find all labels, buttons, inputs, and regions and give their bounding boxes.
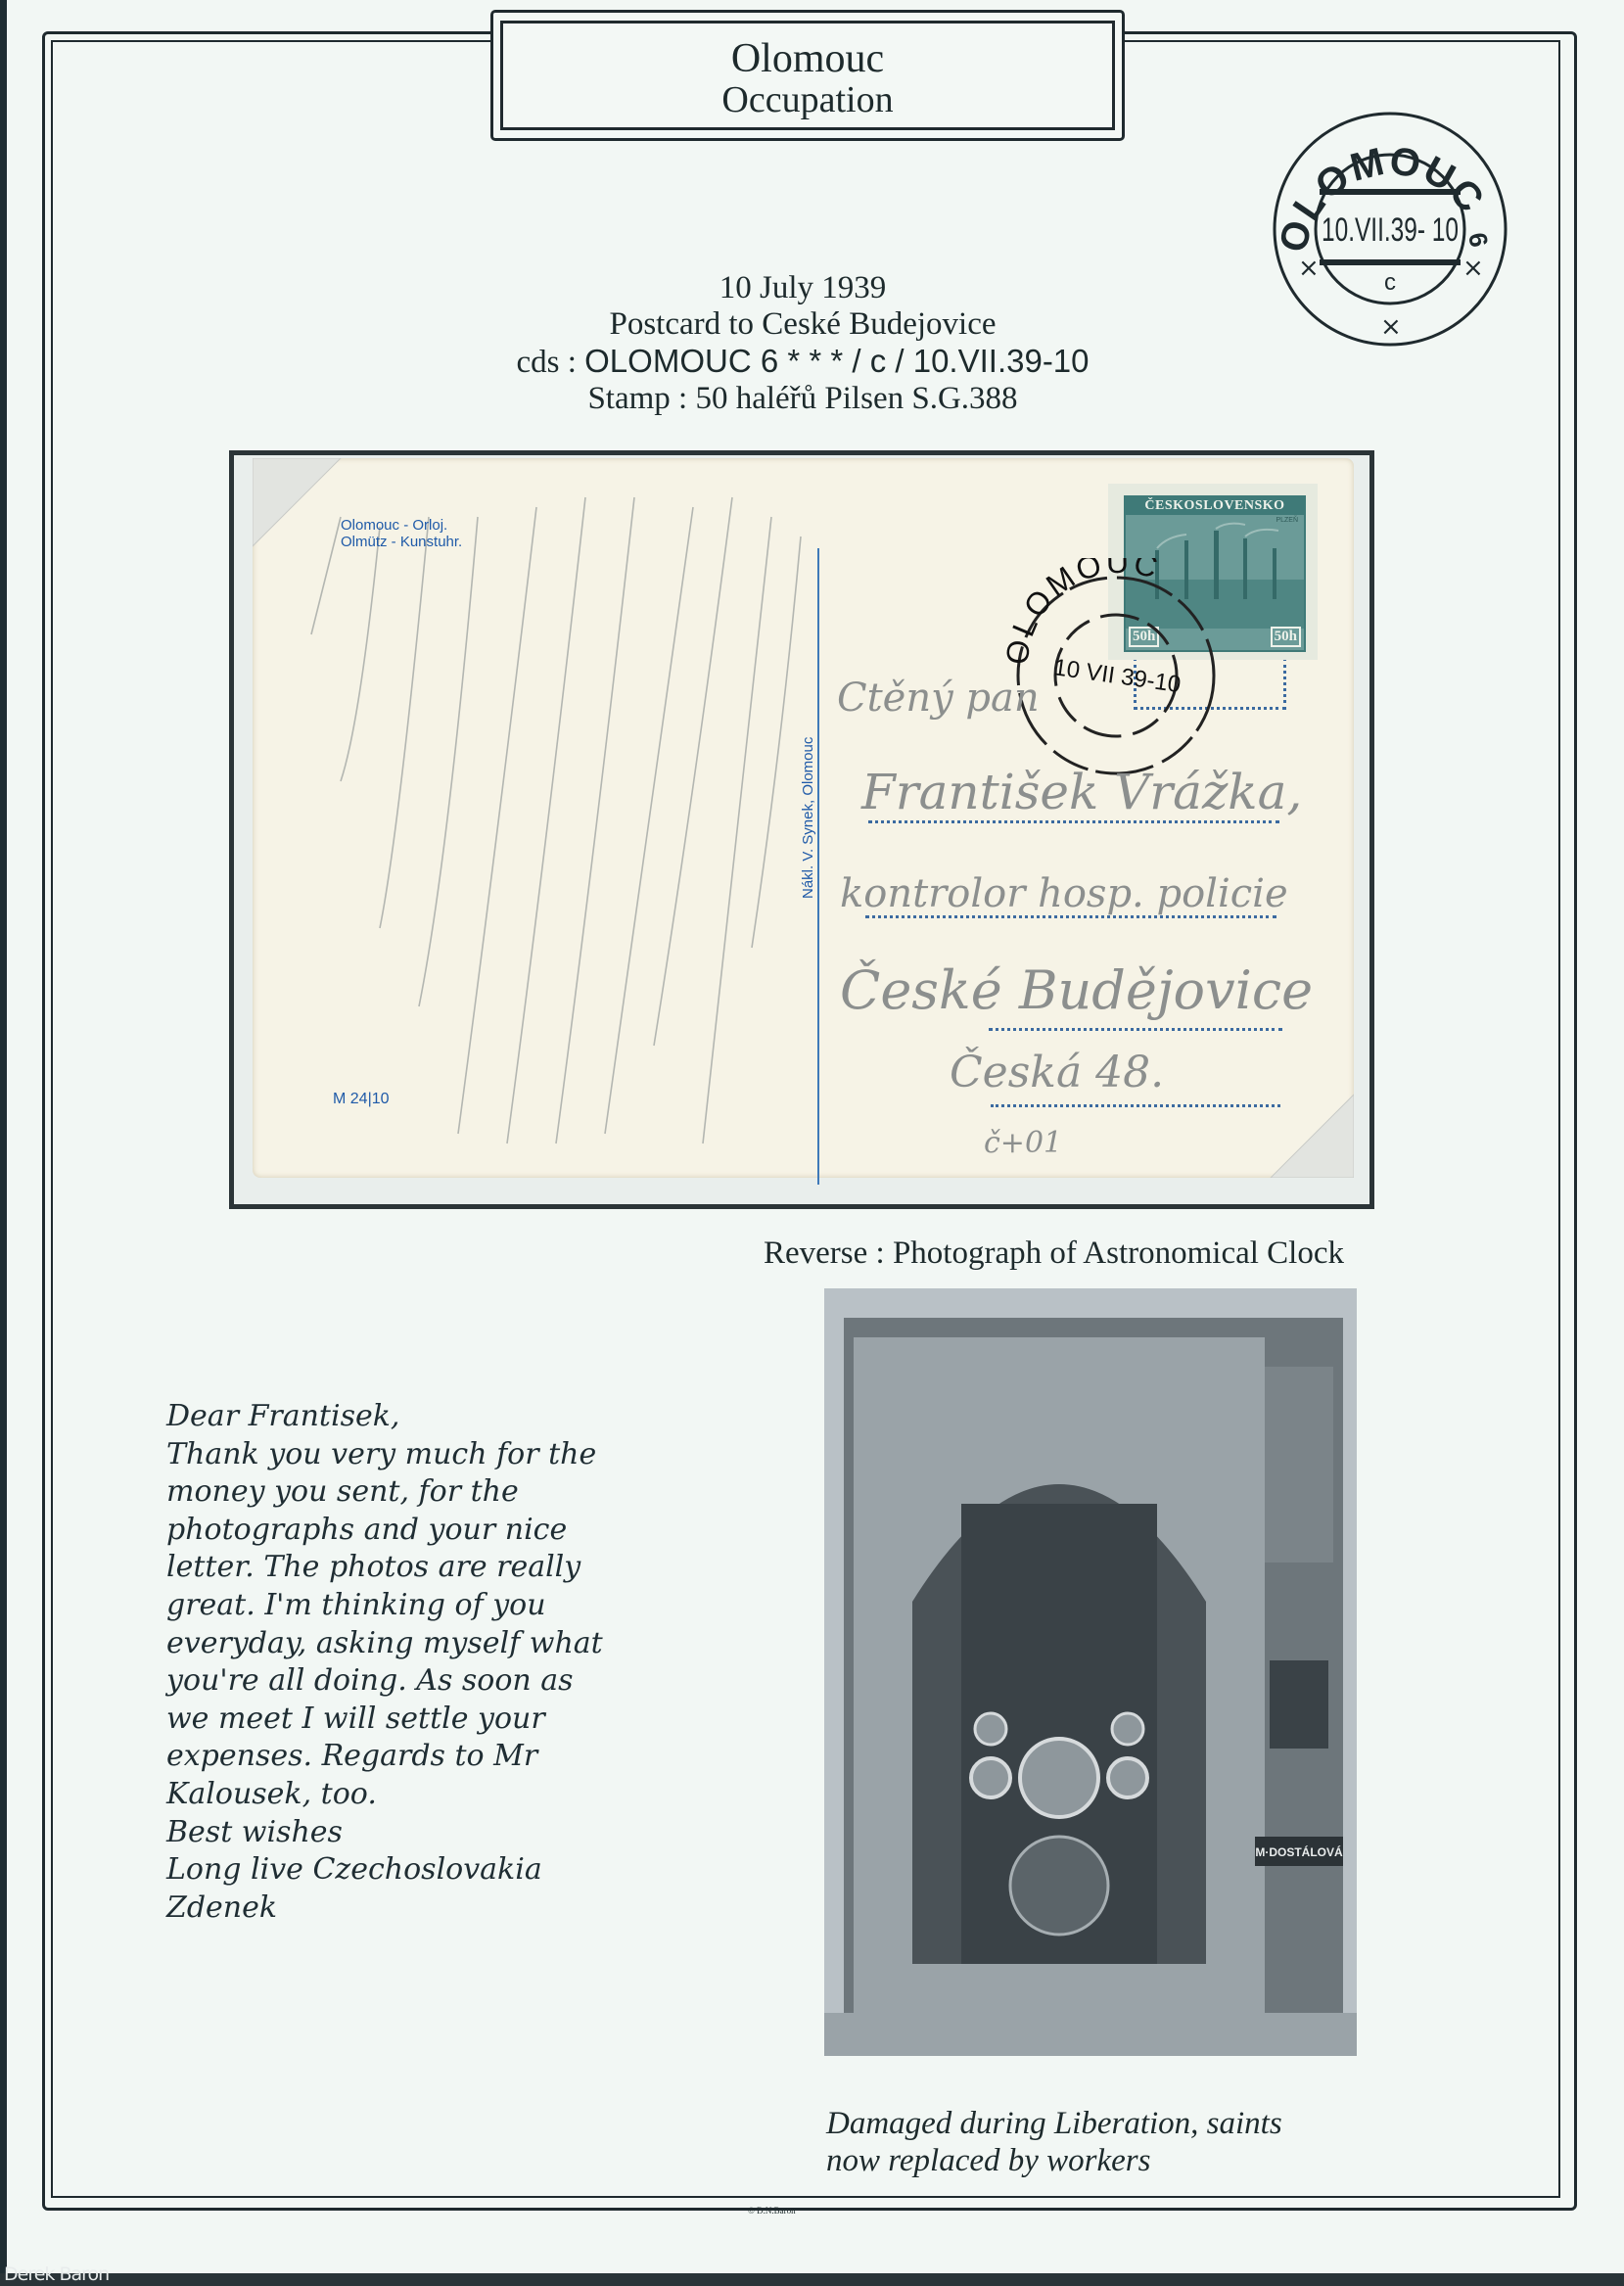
item-description: 10 July 1939 Postcard to Ceské Budejovic… <box>411 270 1194 417</box>
stamp-value-right: 50h <box>1271 627 1301 647</box>
cds-date: 10.VII.39- 10 <box>1322 211 1459 249</box>
translation-line: Zdenek <box>166 1889 715 1928</box>
translation-line: money you sent, for the <box>166 1473 715 1512</box>
translation-line: Thank you very much for the <box>166 1436 715 1474</box>
stamp-country: ČESKOSLOVENSKO <box>1126 497 1304 515</box>
svg-text:×: × <box>1380 312 1402 342</box>
caption-german: Olmütz - Kunstuhr. <box>341 534 462 550</box>
item-cds: cds : OLOMOUC 6 * * * / c / 10.VII.39-10 <box>411 343 1194 381</box>
item-date: 10 July 1939 <box>411 270 1194 306</box>
address-street: Česká 48. <box>950 1048 1164 1097</box>
reverse-label: Reverse : Photograph of Astronomical Clo… <box>764 1236 1344 1272</box>
cds-postmark-illustration: OLOMOUC 6 10.VII.39- 10 c × × × <box>1269 108 1511 350</box>
title-box: Olomouc Occupation <box>490 10 1125 141</box>
address-line-1 <box>868 820 1279 823</box>
cds-value: OLOMOUC 6 * * * / c / 10.VII.39-10 <box>584 343 1089 379</box>
pencil-note: č+01 <box>984 1126 1062 1160</box>
astronomical-clock-photo: M·DOSTÁLOVÁ <box>824 1288 1357 2056</box>
address-name: František Vrážka, <box>861 764 1302 820</box>
scan-edge-bottom <box>0 2273 1624 2286</box>
cds-office-number: 6 <box>1462 230 1494 249</box>
copyright: © D.N.Baron <box>748 2206 796 2216</box>
translation-line: great. I'm thinking of you <box>166 1587 715 1625</box>
cds-label: cds : <box>516 345 584 380</box>
scan-edge-left <box>0 0 7 2286</box>
postmark-date: 10 VII 39-10 <box>1052 654 1183 698</box>
svg-text:OLOMOUC: OLOMOUC <box>998 558 1164 667</box>
translation-line: photographs and your nice <box>166 1512 715 1550</box>
cds-letter: c <box>1384 269 1396 296</box>
translation-line: we meet I will settle your <box>166 1701 715 1739</box>
page-title: Olomouc <box>503 37 1112 80</box>
page-subtitle: Occupation <box>503 80 1112 119</box>
translation-line: expenses. Regards to Mr <box>166 1738 715 1776</box>
translation-line: letter. The photos are really <box>166 1549 715 1587</box>
photo-caption-line-1: Damaged during Liberation, saints <box>826 2105 1282 2142</box>
svg-text:×: × <box>1462 254 1484 283</box>
photo-caption-line-2: now replaced by workers <box>826 2142 1282 2179</box>
address-line-4 <box>991 1104 1280 1107</box>
translation-line: everyday, asking myself what <box>166 1625 715 1663</box>
shop-sign: M·DOSTÁLOVÁ <box>1255 1844 1343 1859</box>
postcard-publisher: Nákl. V. Synek, Olomouc <box>800 705 819 930</box>
translation-line: Best wishes <box>166 1814 715 1852</box>
postmark-town: OLOMOUC <box>998 558 1164 667</box>
address-salutation: Ctěný pan <box>837 676 1040 721</box>
item-type: Postcard to Ceské Budejovice <box>411 306 1194 343</box>
translation-line: you're all doing. As soon as <box>166 1662 715 1701</box>
translation-line: Long live Czechoslovakia <box>166 1851 715 1889</box>
translation-line: Dear Frantisek, <box>166 1398 715 1436</box>
photo-caption: Damaged during Liberation, saints now re… <box>826 2105 1282 2179</box>
item-stamp: Stamp : 50 haléřů Pilsen S.G.388 <box>411 381 1194 417</box>
address-title: kontrolor hosp. policie <box>840 871 1288 916</box>
watermark: Derek Baron <box>4 2263 109 2285</box>
address-line-3 <box>989 1028 1282 1031</box>
caption-czech: Olomouc - Orloj. <box>341 517 462 534</box>
postcard-print-code: M 24|10 <box>333 1091 390 1108</box>
translation-text: Dear Frantisek,Thank you very much for t… <box>166 1398 715 1927</box>
translation-line: Kalousek, too. <box>166 1776 715 1814</box>
svg-text:×: × <box>1298 254 1320 283</box>
address-city: České Budějovice <box>840 959 1313 1021</box>
postcard-caption: Olomouc - Orloj. Olmütz - Kunstuhr. <box>341 517 462 550</box>
